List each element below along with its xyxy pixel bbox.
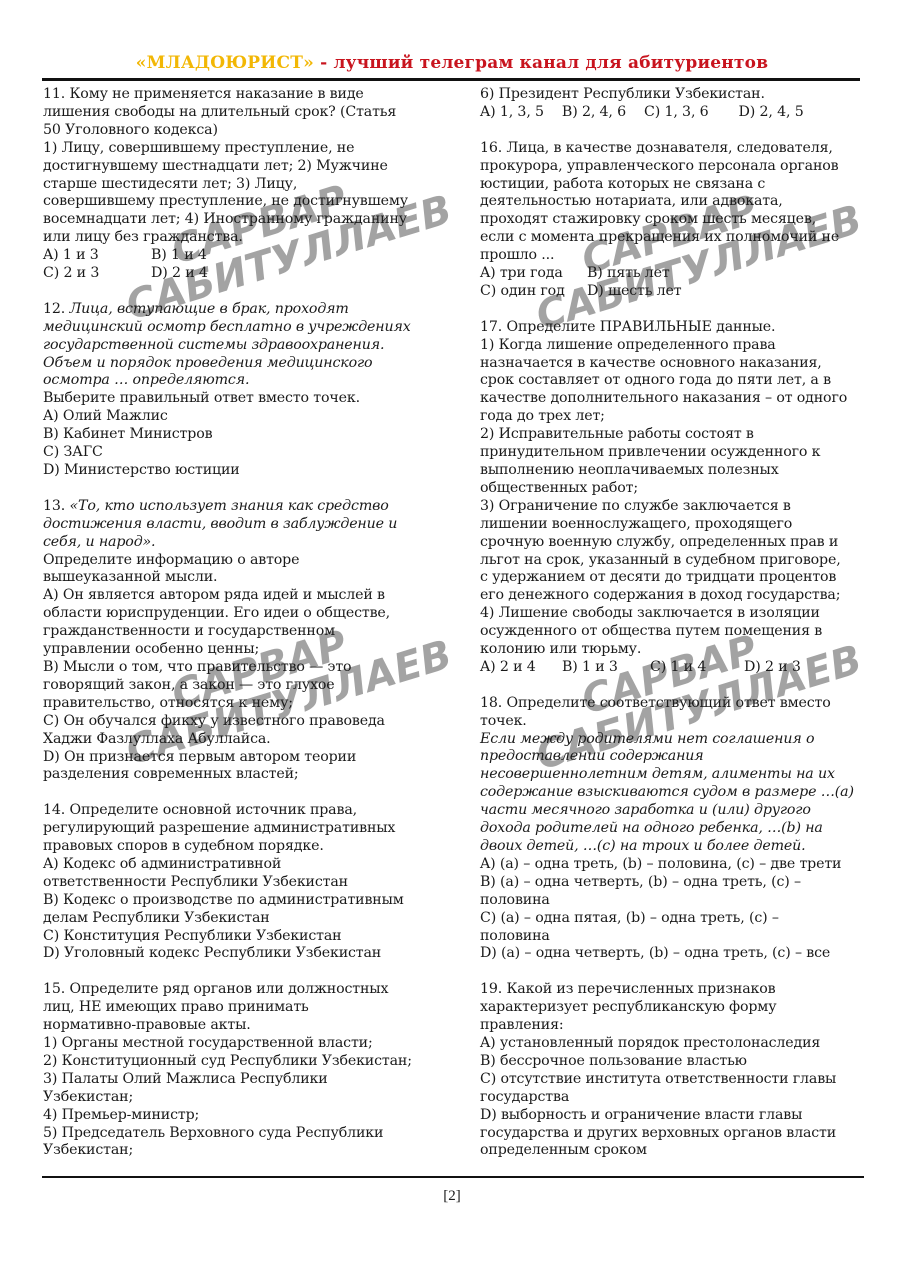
list-item: лишении военнослужащего, проходящего: [480, 516, 865, 534]
footer-divider: [42, 1176, 864, 1178]
answer-options: C) один год D) шесть лет: [480, 283, 865, 301]
question-prompt: вышеуказанной мысли.: [43, 569, 438, 587]
list-item: 4) Премьер-министр;: [43, 1107, 438, 1125]
answer-option-a: области юриспруденции. Его идеи о общест…: [43, 605, 438, 623]
question-text: себя, и народ».: [43, 534, 438, 552]
answer-option-b: B) 1 и 3: [562, 659, 650, 677]
list-item: льгот на срок, указанный в судебном приг…: [480, 552, 865, 570]
question-text: проходят стажировку сроком шесть месяцев…: [480, 211, 865, 229]
answer-option-b: B) Мысли о том, что правительство — это: [43, 659, 438, 677]
answer-option-d: D) 2 и 4: [151, 265, 259, 283]
list-item: общественных работ;: [480, 480, 865, 498]
answer-option-a: A) 2 и 4: [480, 659, 562, 677]
question-text: совершившему преступление, не достигнувш…: [43, 193, 438, 211]
list-item: года до трех лет;: [480, 408, 865, 426]
answer-option-b: половина: [480, 892, 865, 910]
answer-option-c: C) 1, 3, 6: [644, 104, 709, 122]
question-text: характеризует республиканскую форму: [480, 999, 865, 1017]
question-text: 50 Уголовного кодекса): [43, 122, 438, 140]
list-item: 3) Палаты Олий Мажлиса Республики: [43, 1071, 438, 1089]
answer-option-d: D) 2, 4, 5: [739, 104, 804, 122]
question-text: восемнадцати лет; 4) Иностранному гражда…: [43, 211, 438, 229]
question-12: 12. Лица, вступающие в брак, проходят ме…: [43, 301, 438, 480]
answer-option-a: A) 1 и 3: [43, 247, 151, 265]
question-text: 11. Кому не применяется наказание в виде: [43, 86, 438, 104]
answer-option-c: половина: [480, 928, 865, 946]
list-item: колонию или тюрьму.: [480, 641, 865, 659]
list-item: 2) Конституционный суд Республики Узбеки…: [43, 1053, 438, 1071]
channel-tagline: лучший телеграм канал для абитуриентов: [333, 53, 768, 73]
answer-option-c: Хаджи Фазлуллаха Абуллайса.: [43, 731, 438, 749]
answer-option-b: правительство, относятся к нему;: [43, 695, 438, 713]
answer-option-d: D) 2 и 3: [744, 659, 801, 677]
answer-option-b: B) 1 и 4: [151, 247, 259, 265]
channel-brand: «МЛАДОЮРИСТ»: [136, 53, 314, 73]
page-number: [2]: [0, 1188, 904, 1205]
question-stem: 13. «То, кто использует знания как средс…: [43, 498, 438, 516]
answer-option-b: B) (a) – одна четверть, (b) – одна треть…: [480, 874, 865, 892]
list-item: качестве дополнительного наказания – от …: [480, 390, 865, 408]
answer-option-a: A) три года: [480, 265, 587, 283]
answer-option-d: государства и других верховных органов в…: [480, 1125, 865, 1143]
answer-option-b: B) 2, 4, 6: [562, 104, 626, 122]
question-text: «То, кто использует знания как средство: [65, 498, 389, 514]
question-text: 18. Определите соответствующий ответ вме…: [480, 695, 865, 713]
answer-option-a: A) 1, 3, 5: [480, 104, 544, 122]
answer-option-d: разделения современных властей;: [43, 766, 438, 784]
question-text: 17. Определите ПРАВИЛЬНЫЕ данные.: [480, 319, 865, 337]
question-text: двоих детей, …(c) на троих и более детей…: [480, 838, 865, 856]
question-16: 16. Лица, в качестве дознавателя, следов…: [480, 140, 865, 301]
question-prompt: Определите информацию о авторе: [43, 552, 438, 570]
answer-options: A) 2 и 4 B) 1 и 3 C) 1 и 4 D) 2 и 3: [480, 659, 865, 677]
channel-header: «МЛАДОЮРИСТ» - лучший телеграм канал для…: [0, 53, 904, 73]
question-text: нормативно-правовые акты.: [43, 1017, 438, 1035]
question-text: части месячного заработка и (или) другог…: [480, 802, 865, 820]
list-item: назначается в качестве основного наказан…: [480, 355, 865, 373]
question-text: 1) Лицу, совершившему преступление, не: [43, 140, 438, 158]
question-text: содержание взыскиваются судом в размере …: [480, 784, 865, 802]
question-14: 14. Определите основной источник права, …: [43, 802, 438, 963]
answer-option-b: B) Кодекс о производстве по администрати…: [43, 892, 438, 910]
question-text: осмотра … определяются.: [43, 372, 438, 390]
answer-option-c: C) Конституция Республики Узбекистан: [43, 928, 438, 946]
question-text: юстиции, работа которых не связана с: [480, 176, 865, 194]
answer-option-c: C) (a) – одна пятая, (b) – одна треть, (…: [480, 910, 865, 928]
question-number: 12.: [43, 301, 65, 317]
question-text: прокурора, управленческого персонала орг…: [480, 158, 865, 176]
question-text: дохода родителей на одного ребенка, …(b)…: [480, 820, 865, 838]
list-item: 2) Исправительные работы состоят в: [480, 426, 865, 444]
answer-option-d: D) Министерство юстиции: [43, 462, 438, 480]
list-item: выполнению неоплачиваемых полезных: [480, 462, 865, 480]
list-item: срочную военную службу, определенных пра…: [480, 534, 865, 552]
answer-option-a: ответственности Республики Узбекистан: [43, 874, 438, 892]
answer-option-b: делам Республики Узбекистан: [43, 910, 438, 928]
answer-option-d: D) (a) – одна четверть, (b) – одна треть…: [480, 945, 865, 963]
question-text: если с момента прекращения их полномочий…: [480, 229, 865, 247]
answer-option-b: B) Кабинет Министров: [43, 426, 438, 444]
answer-options: A) 1, 3, 5 B) 2, 4, 6 C) 1, 3, 6 D) 2, 4…: [480, 104, 865, 122]
question-text: старше шестидесяти лет; 3) Лицу,: [43, 176, 438, 194]
question-text: лишения свободы на длительный срок? (Ста…: [43, 104, 438, 122]
answer-option-c: C) 2 и 3: [43, 265, 151, 283]
question-text: прошло ...: [480, 247, 865, 265]
question-text: или лицу без гражданства.: [43, 229, 438, 247]
list-item: срок составляет от одного года до пяти л…: [480, 372, 865, 390]
list-item: 3) Ограничение по службе заключается в: [480, 498, 865, 516]
list-item: 6) Президент Республики Узбекистан.: [480, 86, 865, 104]
left-column: 11. Кому не применяется наказание в виде…: [43, 86, 438, 1178]
list-item: принудительном привлечении осужденного к: [480, 444, 865, 462]
list-item: 1) Органы местной государственной власти…: [43, 1035, 438, 1053]
question-18: 18. Определите соответствующий ответ вме…: [480, 695, 865, 964]
question-11: 11. Кому не применяется наказание в виде…: [43, 86, 438, 283]
question-text: несовершеннолетним детям, алименты на их: [480, 766, 865, 784]
question-text: достижения власти, вводит в заблуждение …: [43, 516, 438, 534]
answer-option-d: D) Уголовный кодекс Республики Узбекиста…: [43, 945, 438, 963]
right-column: 6) Президент Республики Узбекистан. A) 1…: [480, 86, 865, 1178]
question-stem: 12. Лица, вступающие в брак, проходят: [43, 301, 438, 319]
answer-option-d: D) выборность и ограничение власти главы: [480, 1107, 865, 1125]
answer-option-c: C) 1 и 4: [650, 659, 744, 677]
answer-option-a: гражданственности и государственном: [43, 623, 438, 641]
answer-option-c: C) один год: [480, 283, 587, 301]
question-text: деятельностью нотариата, или адвоката,: [480, 193, 865, 211]
question-15-continued: 6) Президент Республики Узбекистан. A) 1…: [480, 86, 865, 122]
answer-options: A) 1 и 3 B) 1 и 4: [43, 247, 438, 265]
list-item: 4) Лишение свободы заключается в изоляци…: [480, 605, 865, 623]
answer-option-b: говорящий закон, а закон — это глухое: [43, 677, 438, 695]
question-text: правления:: [480, 1017, 865, 1035]
question-text: Объем и порядок проведения медицинского: [43, 355, 438, 373]
answer-options: A) три года B) пять лет: [480, 265, 865, 283]
answer-option-a: A) установленный порядок престолонаследи…: [480, 1035, 865, 1053]
question-text: лиц, НЕ имеющих право принимать: [43, 999, 438, 1017]
question-text: достигнувшему шестнадцати лет; 2) Мужчин…: [43, 158, 438, 176]
question-text: Если между родителями нет соглашения о: [480, 731, 865, 749]
list-item: осужденного от общества путем помещения …: [480, 623, 865, 641]
list-item: Узбекистан;: [43, 1142, 438, 1160]
answer-option-d: определенным сроком: [480, 1142, 865, 1160]
question-text: медицинский осмотр бесплатно в учреждени…: [43, 319, 438, 337]
question-text: 19. Какой из перечисленных признаков: [480, 981, 865, 999]
list-item: с удержанием от десяти до тридцати проце…: [480, 569, 865, 587]
answer-option-a: A) Кодекс об административной: [43, 856, 438, 874]
answer-option-a: A) (a) – одна треть, (b) – половина, (c)…: [480, 856, 865, 874]
answer-option-a: управлении особенно ценны;: [43, 641, 438, 659]
answer-option-c: C) Он обучался фикху у известного правов…: [43, 713, 438, 731]
question-number: 13.: [43, 498, 65, 514]
header-divider: [42, 78, 860, 81]
list-item: его денежного содержания в доход государ…: [480, 587, 865, 605]
question-text: точек.: [480, 713, 865, 731]
question-text: Лица, вступающие в брак, проходят: [65, 301, 349, 317]
answer-option-b: B) пять лет: [587, 265, 670, 283]
answer-option-a: A) Олий Мажлис: [43, 408, 438, 426]
question-text: государственной системы здравоохранения.: [43, 337, 438, 355]
answer-option-a: A) Он является автором ряда идей и мысле…: [43, 587, 438, 605]
answer-option-d: D) шесть лет: [587, 283, 682, 301]
question-text: 16. Лица, в качестве дознавателя, следов…: [480, 140, 865, 158]
list-item: 5) Председатель Верховного суда Республи…: [43, 1125, 438, 1143]
question-text: предоставлении содержания: [480, 748, 865, 766]
question-text: правовых споров в судебном порядке.: [43, 838, 438, 856]
answer-option-d: D) Он признается первым автором теории: [43, 749, 438, 767]
answer-option-b: B) бессрочное пользование властью: [480, 1053, 865, 1071]
answer-option-c: государства: [480, 1089, 865, 1107]
question-prompt: Выберите правильный ответ вместо точек.: [43, 390, 438, 408]
question-text: регулирующий разрешение административных: [43, 820, 438, 838]
question-text: 14. Определите основной источник права,: [43, 802, 438, 820]
question-text: 15. Определите ряд органов или должностн…: [43, 981, 438, 999]
question-19: 19. Какой из перечисленных признаков хар…: [480, 981, 865, 1160]
answer-option-c: C) отсутствие института ответственности …: [480, 1071, 865, 1089]
list-item: 1) Когда лишение определенного права: [480, 337, 865, 355]
list-item: Узбекистан;: [43, 1089, 438, 1107]
question-13: 13. «То, кто использует знания как средс…: [43, 498, 438, 785]
question-17: 17. Определите ПРАВИЛЬНЫЕ данные. 1) Ког…: [480, 319, 865, 677]
header-separator: -: [314, 53, 334, 73]
answer-options: C) 2 и 3 D) 2 и 4: [43, 265, 438, 283]
question-15: 15. Определите ряд органов или должностн…: [43, 981, 438, 1160]
answer-option-c: C) ЗАГС: [43, 444, 438, 462]
